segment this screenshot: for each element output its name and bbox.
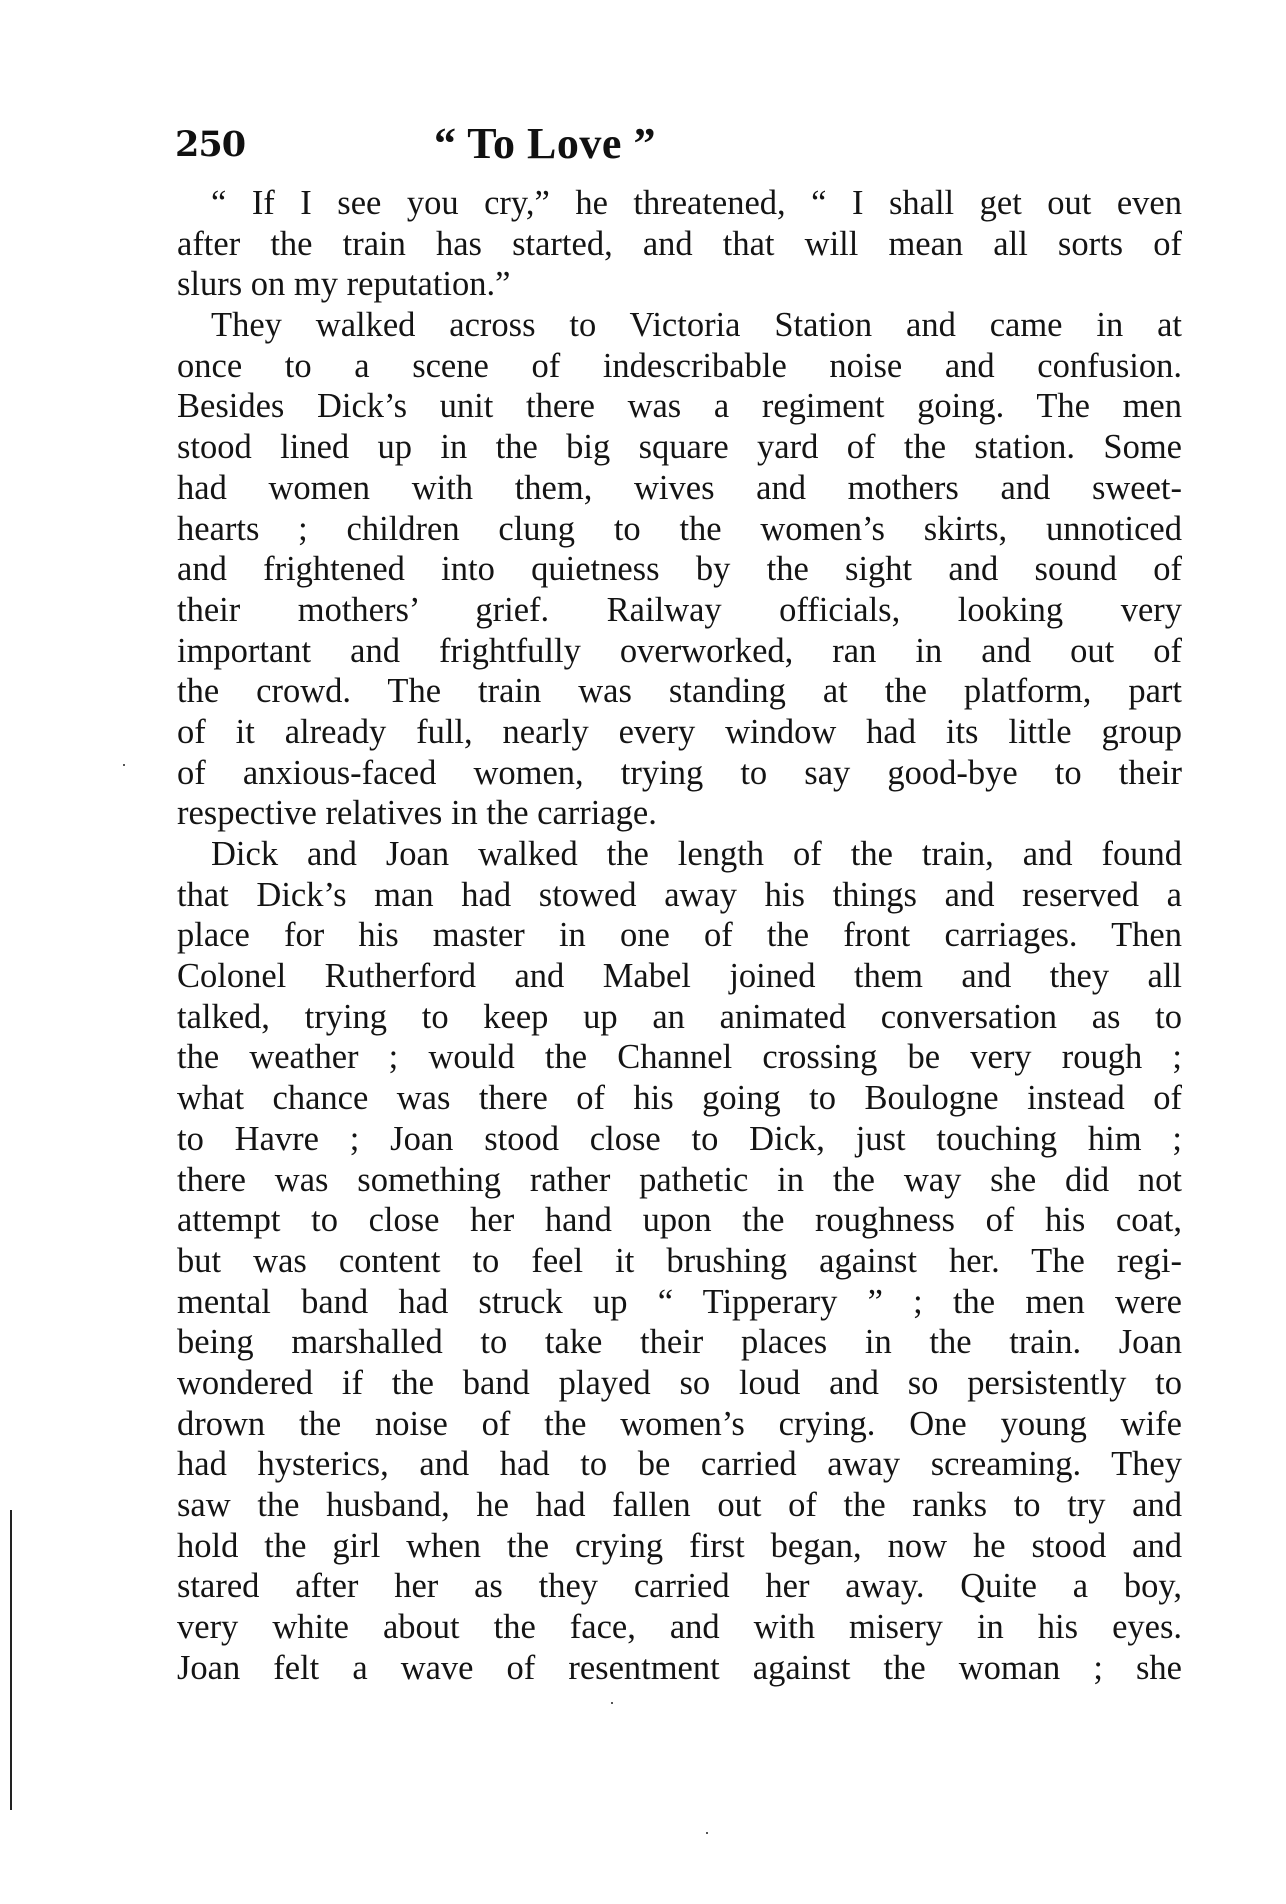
scan-speck (706, 1832, 708, 1834)
text-line: Colonel Rutherford and Mabel joined them… (177, 956, 1182, 997)
text-line: talked, trying to keep up an animated co… (177, 997, 1182, 1038)
running-head: 250 “ To Love ” (175, 118, 1181, 168)
text-line: of it already full, nearly every window … (177, 712, 1182, 753)
text-line: to Havre ; Joan stood close to Dick, jus… (177, 1119, 1182, 1160)
text-line: stared after her as they carried her awa… (177, 1566, 1182, 1607)
text-line: their mothers’ grief. Railway officials,… (177, 590, 1182, 631)
text-line: had hysterics, and had to be carried awa… (177, 1444, 1182, 1485)
text-line: there was something rather pathetic in t… (177, 1160, 1182, 1201)
text-line: stood lined up in the big square yard of… (177, 427, 1182, 468)
text-line: Besides Dick’s unit there was a regiment… (177, 386, 1182, 427)
text-line: mental band had struck up “ Tipperary ” … (177, 1282, 1182, 1323)
book-page: 250 “ To Love ” “ If I see you cry,” he … (0, 0, 1286, 1904)
text-line: being marshalled to take their places in… (177, 1322, 1182, 1363)
text-line: place for his master in one of the front… (177, 915, 1182, 956)
text-line: after the train has started, and that wi… (177, 224, 1182, 265)
text-line: and frightened into quietness by the sig… (177, 549, 1182, 590)
text-line: attempt to close her hand upon the rough… (177, 1200, 1182, 1241)
text-line: wondered if the band played so loud and … (177, 1363, 1182, 1404)
text-line: They walked across to Victoria Station a… (177, 305, 1182, 346)
text-line: important and frightfully overworked, ra… (177, 631, 1182, 672)
text-line: saw the husband, he had fallen out of th… (177, 1485, 1182, 1526)
text-line: “ If I see you cry,” he threatened, “ I … (177, 183, 1182, 224)
text-line: slurs on my reputation.” (177, 264, 1182, 305)
text-line: very white about the face, and with mise… (177, 1607, 1182, 1648)
text-line: drown the noise of the women’s crying. O… (177, 1404, 1182, 1445)
text-line: hearts ; children clung to the women’s s… (177, 509, 1182, 550)
text-line: Joan felt a wave of resentment against t… (177, 1648, 1182, 1689)
text-line: the weather ; would the Channel crossing… (177, 1037, 1182, 1078)
text-line: the crowd. The train was standing at the… (177, 671, 1182, 712)
scan-speck (611, 1702, 613, 1704)
text-line: what chance was there of his going to Bo… (177, 1078, 1182, 1119)
text-line: Dick and Joan walked the length of the t… (177, 834, 1182, 875)
text-line: that Dick’s man had stowed away his thin… (177, 875, 1182, 916)
text-line: of anxious-faced women, trying to say go… (177, 753, 1182, 794)
text-line: but was content to feel it brushing agai… (177, 1241, 1182, 1282)
running-title: “ To Love ” (175, 118, 915, 169)
scan-speck (123, 764, 125, 766)
text-line: had women with them, wives and mothers a… (177, 468, 1182, 509)
text-line: respective relatives in the carriage. (177, 793, 1182, 834)
text-line: once to a scene of indescribable noise a… (177, 346, 1182, 387)
scan-margin-line (10, 1510, 12, 1810)
text-line: hold the girl when the crying first bega… (177, 1526, 1182, 1567)
body-text: “ If I see you cry,” he threatened, “ I … (177, 183, 1182, 1688)
